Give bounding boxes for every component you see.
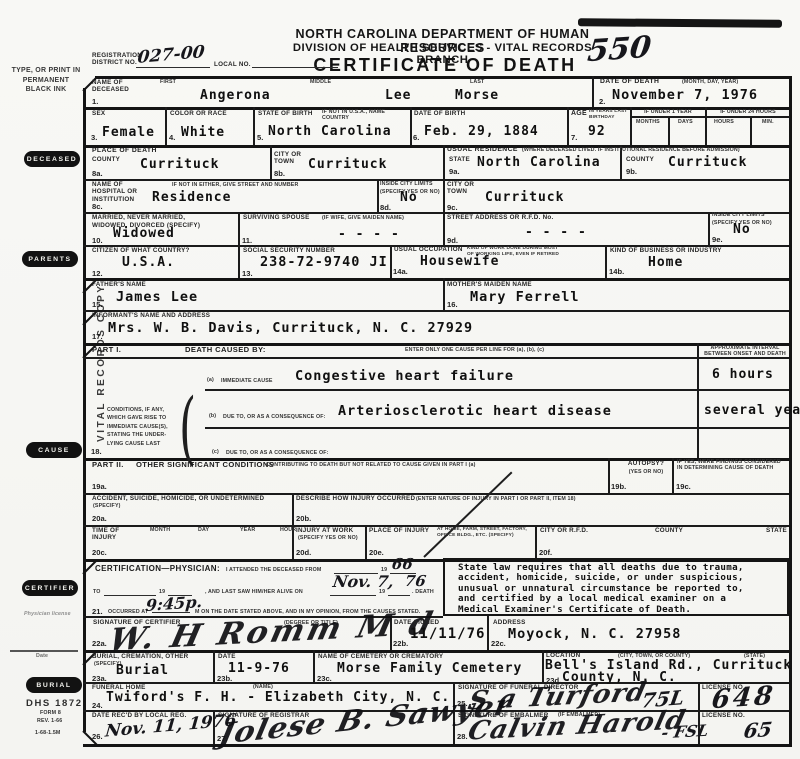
place-of-death-label: PLACE OF DEATH: [92, 147, 157, 155]
form-number: DHS 1872: [26, 698, 83, 709]
date-of-death-value: November 7, 1976: [612, 88, 758, 102]
county-header: COUNTY: [655, 527, 683, 534]
grid-vline: [605, 245, 607, 278]
sex-value: Female: [102, 126, 155, 140]
grid-hline: [83, 525, 789, 527]
burial-type-label: BURIAL, CREMATION, OTHER: [92, 653, 188, 660]
item-5: 5.: [257, 133, 263, 142]
death-caused-by-label: DEATH CAUSED BY:: [185, 346, 266, 354]
type-print-instruction: TYPE, OR PRINT IN PERMANENT BLACK INK: [8, 66, 84, 95]
grid-hline: [83, 682, 789, 684]
item-22a: 22a.: [92, 639, 107, 648]
part1-label: PART I.: [92, 346, 121, 354]
item-18: 18.: [91, 447, 102, 456]
item-20c: 20c.: [92, 548, 107, 557]
pod-city-value: Currituck: [308, 158, 387, 172]
interval-a-value: 6 hours: [712, 368, 774, 382]
spouse-label: SURVIVING SPOUSE: [243, 214, 310, 221]
state-law-text: State law requires that all deaths due t…: [458, 563, 744, 615]
citizen-value: U.S.A.: [122, 256, 175, 270]
marital-value: Widowed: [113, 227, 175, 241]
form-revision: REV. 1-66: [37, 718, 62, 724]
pod-city-label: CITY OR TOWN: [274, 151, 301, 166]
handwritten-slash-mark: [423, 472, 512, 558]
place-of-injury-label: PLACE OF INJURY: [369, 527, 429, 534]
spouse-sub: (IF WIFE, GIVE MAIDEN NAME): [322, 215, 404, 221]
res-state-label: STATE: [449, 156, 470, 163]
accident-sub: (SPECIFY): [93, 503, 121, 509]
item-21: 21.: [92, 607, 103, 616]
blank-line: [330, 595, 376, 596]
item-8b: 8b.: [274, 169, 285, 178]
hospital-value: Residence: [152, 191, 231, 205]
describe-injury-sub: (ENTER NATURE OF INJURY IN PART I OR PAR…: [416, 496, 576, 502]
item-14a: 14a.: [393, 267, 408, 276]
cause-b-value: Arteriosclerotic heart disease: [338, 404, 612, 418]
age-sub: IN YEARS LAST BIRTHDAY: [589, 109, 627, 121]
accident-label: ACCIDENT, SUICIDE, HOMICIDE, OR UNDETERM…: [92, 495, 264, 502]
burial-date-value: 11-9-76: [228, 662, 290, 676]
form-border-left: [83, 88, 86, 732]
date-of-birth-value: Feb. 29, 1884: [424, 125, 539, 139]
form-print-code: 1-68-1.5M: [35, 730, 61, 736]
handwritten-66: 66: [391, 555, 414, 573]
item-20f: 20f.: [539, 548, 552, 557]
day-header: DAY: [198, 527, 209, 533]
res-icl-value: No: [733, 223, 751, 237]
occurred-at-text: OCCURRED AT: [108, 609, 148, 615]
item-9d: 9d.: [447, 236, 458, 245]
item-2: 2.: [599, 97, 605, 106]
item-11: 11.: [242, 236, 252, 245]
place-of-injury-sub: AT HOME, FARM, STREET, FACTORY, OFFICE B…: [437, 527, 527, 539]
street-value: - - - -: [525, 226, 587, 240]
age-label: AGE: [571, 110, 587, 117]
grid-vline: [487, 616, 489, 650]
grid-vline: [365, 525, 367, 559]
pod-county-value: Currituck: [140, 158, 219, 172]
month-header: MONTH: [150, 527, 170, 533]
item-12: 12.: [92, 269, 103, 278]
embalmer-license-value: 65: [742, 717, 774, 743]
certifier-margin-note: Physician license: [24, 611, 71, 617]
cause-a-item: (a): [207, 377, 214, 383]
state-of-birth-value: North Carolina: [268, 125, 392, 139]
year-header: YEAR: [240, 527, 255, 533]
city-or-rfd-header: CITY OR R.F.D.: [540, 527, 588, 534]
cause-c-item: (c): [212, 449, 219, 455]
father-value: James Lee: [116, 290, 198, 304]
tab-certifier: CERTIFIER: [22, 580, 78, 596]
grid-vline: [390, 245, 392, 278]
item-20e: 20e.: [369, 548, 384, 557]
cause-a-underline: [205, 389, 789, 391]
blank-line: [388, 595, 410, 596]
marital-label-1: MARRIED, NEVER MARRIED,: [92, 214, 185, 221]
form-number-line2: FORM 8: [40, 710, 61, 716]
grid-vline: [443, 145, 445, 245]
autopsy-sub: (YES OR NO): [622, 469, 670, 475]
grid-hline-sub: [630, 116, 790, 118]
grid-vline: [668, 116, 670, 145]
res-city-value: Currituck: [485, 191, 564, 205]
informant-value: Mrs. W. B. Davis, Currituck, N. C. 27929: [108, 321, 473, 335]
margin-date-line: [10, 650, 78, 652]
item-22b: 22b.: [393, 639, 408, 648]
item-20d: 20d.: [296, 548, 311, 557]
item-4: 4.: [169, 133, 175, 142]
days-label: DAYS: [678, 119, 693, 125]
local-no-label: LOCAL NO.: [214, 61, 251, 68]
grid-hline: [83, 357, 789, 359]
grid-vline: [592, 76, 594, 107]
min-label: MIN.: [762, 119, 774, 125]
item-13: 13.: [242, 269, 253, 278]
if-under-1-year-label: IF UNDER 1 YEAR: [632, 109, 704, 115]
item-19a: 19a.: [92, 482, 107, 491]
item-19c: 19c.: [676, 482, 691, 491]
item-14b: 14b.: [609, 267, 624, 276]
immediate-cause-value: Congestive heart failure: [295, 369, 514, 383]
registration-blank-line: [136, 67, 210, 68]
grid-vline: [535, 525, 537, 559]
grid-vline: [313, 650, 315, 682]
grid-vline: [672, 458, 674, 493]
item-9c: 9c.: [447, 203, 458, 212]
item-7: 7.: [571, 133, 577, 142]
state-of-birth-sub: IF NOT IN U.S.A., NAME COUNTRY: [322, 109, 385, 121]
grid-vline: [750, 116, 752, 145]
res-state-value: North Carolina: [477, 156, 601, 170]
margin-date-label: Date: [36, 653, 48, 659]
hour-header: HOUR: [280, 527, 296, 533]
attended-text: I ATTENDED THE DECEASED FROM: [226, 567, 321, 573]
grid-vline: [253, 107, 255, 145]
race-label: COLOR OR RACE: [170, 110, 227, 117]
res-city-label: CITY OR TOWN: [447, 181, 474, 196]
item-22c: 22c.: [491, 639, 506, 648]
item-16: 16.: [447, 300, 458, 309]
informant-label: INFORMANT'S NAME AND ADDRESS: [92, 312, 210, 319]
item-15: 15.: [92, 300, 103, 309]
item-9e: 9e.: [712, 235, 723, 244]
date-of-death-sub: (MONTH, DAY, YEAR): [682, 79, 738, 85]
last-header: LAST: [470, 79, 484, 85]
pod-icl-value: No: [400, 191, 418, 205]
part2-label: PART II.: [92, 461, 124, 469]
findings-label: IF YES, WERE FINDINGS CONSIDERED IN DETE…: [677, 459, 781, 471]
cause-b-item: (b): [209, 413, 216, 419]
grid-hline: [83, 212, 789, 214]
registration-district-value: 027-00: [137, 42, 206, 68]
grid-vline: [165, 107, 167, 145]
grid-vline: [213, 650, 215, 682]
if-under-24-hours-label: IF UNDER 24 HOURS: [707, 109, 789, 115]
spouse-value: - - - -: [338, 228, 400, 242]
age-value: 92: [588, 125, 606, 139]
item-23a: 23a.: [92, 674, 107, 683]
pod-county-label: COUNTY: [92, 156, 120, 163]
res-icl-label: INSIDE CITY LIMITS: [712, 212, 782, 218]
item-8d: 8d.: [380, 203, 391, 212]
grid-vline: [238, 212, 240, 278]
usual-residence-sub: (WHERE DECEASED LIVED. IF INSTITUTIONAL …: [522, 147, 740, 153]
sex-label: SEX: [92, 110, 105, 117]
hours-label: HOURS: [714, 119, 734, 125]
date-of-death-label: DATE OF DEATH: [600, 78, 659, 86]
item-9b: 9b.: [626, 167, 637, 176]
due-to-c-label: DUE TO, OR AS A CONSEQUENCE OF:: [226, 450, 329, 456]
item-20a: 20a.: [92, 514, 107, 523]
grid-vline: [270, 145, 272, 179]
item-10: 10.: [92, 236, 103, 245]
item-8a: 8a.: [92, 169, 103, 178]
grid-vline: [377, 179, 379, 212]
tab-cause: CAUSE: [26, 442, 82, 458]
form-border-bottom: [83, 744, 792, 747]
other-significant-conditions-label: OTHER SIGNIFICANT CONDITIONS: [136, 461, 274, 469]
handwritten-nov-7: Nov. 7,: [332, 572, 395, 591]
time-of-injury-label: TIME OF INJURY: [92, 527, 119, 542]
injury-at-work-label: INJURY AT WORK: [296, 527, 353, 534]
pod-icl-label: INSIDE CITY LIMITS: [380, 181, 440, 187]
autopsy-label: AUTOPSY?: [622, 460, 670, 467]
state-header: STATE: [766, 527, 787, 534]
res-county-label: COUNTY: [626, 156, 654, 163]
scan-black-streak: [578, 18, 782, 27]
date-of-birth-label: DATE OF BIRTH: [414, 110, 465, 117]
burial-date-label: DATE: [218, 653, 236, 660]
first-name-value: Angerona: [200, 89, 271, 103]
interval-header: APPROXIMATE INTERVAL BETWEEN ONSET AND D…: [701, 345, 789, 357]
interval-b-value: several years: [704, 404, 800, 418]
death-certificate-scan: NORTH CAROLINA DEPARTMENT OF HUMAN RESOU…: [0, 0, 800, 759]
res-county-value: Currituck: [668, 156, 747, 170]
cause-b-underline: [205, 427, 789, 429]
grid-hline: [83, 278, 789, 281]
citizen-label: CITIZEN OF WHAT COUNTRY?: [92, 247, 190, 254]
grid-vline: [292, 493, 294, 559]
certification-title: CERTIFICATION—PHYSICIAN:: [95, 565, 220, 573]
grid-vline: [542, 650, 544, 682]
embalmer-signature-extra: - FSL: [660, 721, 711, 742]
last-name-value: Morse: [455, 89, 499, 103]
item-3: 3.: [91, 133, 97, 142]
months-label: MONTHS: [636, 119, 660, 125]
hospital-label: NAME OF HOSPITAL OR INSTITUTION: [92, 181, 137, 203]
middle-name-value: Lee: [385, 89, 411, 103]
street-label: STREET ADDRESS OR R.F.D. No.: [447, 214, 553, 221]
form-title: CERTIFICATE OF DEATH: [300, 55, 590, 76]
item-26: 26.: [92, 732, 103, 741]
describe-injury-label: DESCRIBE HOW INJURY OCCURRED: [296, 495, 415, 502]
tab-burial: BURIAL: [26, 677, 82, 693]
mother-value: Mary Ferrell: [470, 290, 580, 304]
registration-district-label: REGISTRATION DISTRICT NO.: [92, 52, 142, 67]
date-signed-value: 11/11/76: [410, 627, 485, 641]
state-of-birth-label: STATE OF BIRTH: [258, 110, 313, 117]
item-6: 6.: [413, 133, 419, 142]
to-text: TO: [93, 589, 101, 595]
part2-sub: CONTRIBUTING TO DEATH BUT NOT RELATED TO…: [266, 462, 476, 468]
tab-deceased: DECEASED: [24, 151, 80, 167]
grid-vline: [410, 107, 412, 145]
tab-parents: PARENTS: [22, 251, 78, 267]
industry-value: Home: [648, 256, 683, 270]
item-23c: 23c.: [317, 674, 332, 683]
hospital-sub: IF NOT IN EITHER, GIVE STREET AND NUMBER: [172, 182, 298, 188]
race-value: White: [181, 126, 225, 140]
conditions-note: CONDITIONS, IF ANY, WHICH GAVE RISE TO I…: [107, 406, 168, 448]
certifier-address-value: Moyock, N. C. 27958: [508, 627, 681, 641]
item-20b: 20b.: [296, 514, 311, 523]
grid-vline: [443, 278, 445, 310]
father-label: FATHER'S NAME: [92, 281, 146, 288]
embalmer-license-label: LICENSE NO.: [702, 712, 745, 719]
cemetery-value: Morse Family Cemetery: [337, 662, 522, 676]
immediate-cause-label: IMMEDIATE CAUSE: [221, 378, 273, 384]
item-19b: 19b.: [611, 482, 626, 491]
brace-glyph: (: [179, 388, 196, 468]
occupation-label: USUAL OCCUPATION: [394, 246, 463, 253]
grid-vline: [608, 458, 610, 493]
item-17: 17.: [92, 332, 103, 341]
middle-header: MIDDLE: [310, 79, 331, 85]
director-license-value: 648: [710, 681, 777, 715]
ssn-value: 238-72-9740 JI: [260, 255, 388, 269]
due-to-b-label: DUE TO, OR AS A CONSEQUENCE OF:: [223, 414, 326, 420]
injury-at-work-sub: (SPECIFY YES OR NO): [298, 535, 358, 541]
grid-vline: [708, 212, 710, 245]
industry-label: KIND OF BUSINESS OR INDUSTRY: [610, 247, 722, 254]
local-no-blank-line: [252, 67, 338, 68]
cemetery-label: NAME OF CEMETERY OR CREMATORY: [318, 653, 443, 660]
name-of-deceased-label: NAME OF DECEASED: [92, 79, 129, 94]
item-9a: 9a.: [449, 167, 460, 176]
certificate-number-handwritten: 550: [586, 30, 653, 69]
item-8c: 8c.: [92, 202, 103, 211]
last-saw-text: , AND LAST SAW HIM/HER ALIVE ON: [205, 589, 303, 595]
occupation-value: Housewife: [420, 255, 499, 269]
grid-vline: [567, 107, 569, 145]
usual-residence-label: USUAL RESIDENCE: [447, 146, 518, 154]
enter-only-one-cause-note: ENTER ONLY ONE CAUSE PER LINE FOR (a), (…: [405, 347, 544, 353]
handwritten-76: 76: [404, 572, 427, 590]
item-1: 1.: [92, 97, 98, 106]
burial-type-value: Burial: [116, 664, 169, 678]
mother-label: MOTHER'S MAIDEN NAME: [447, 281, 532, 288]
first-header: FIRST: [160, 79, 176, 85]
grid-vline: [697, 343, 699, 458]
item-24: 24.: [92, 701, 103, 710]
